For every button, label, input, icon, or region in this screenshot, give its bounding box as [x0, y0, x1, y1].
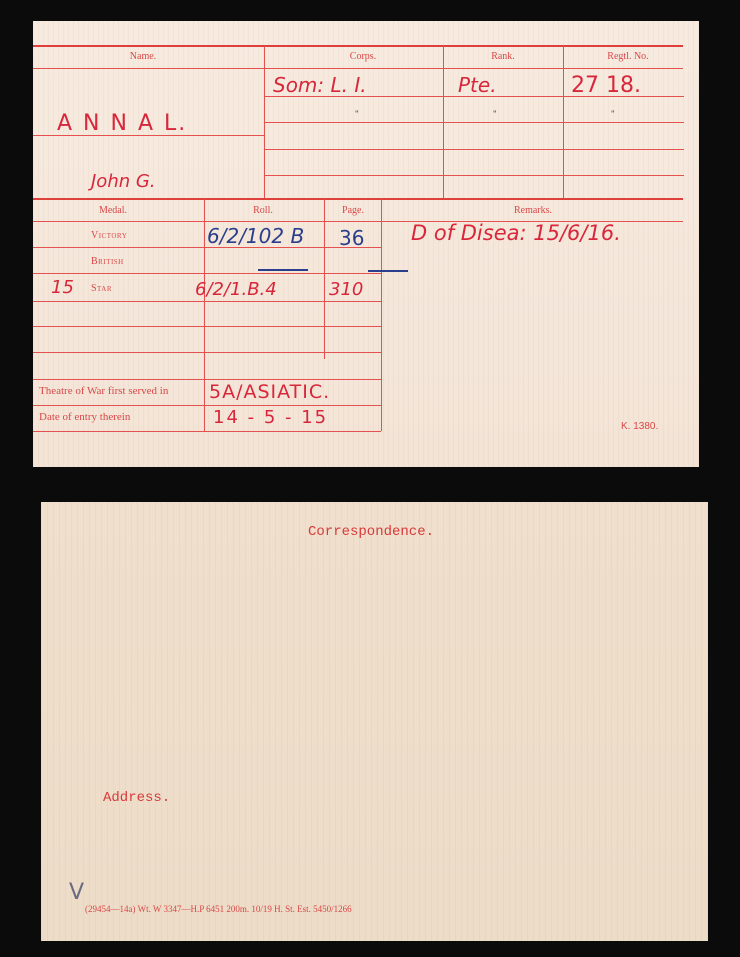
theatre-label: Theatre of War first served in [39, 385, 168, 397]
divider [33, 198, 683, 200]
theatre-value: 5A/ASIATIC. [209, 381, 330, 403]
remarks-value: D of Disea: 15/6/16. [411, 221, 621, 245]
roll-header: Roll. [233, 205, 293, 216]
ditto-mark: " [611, 109, 615, 119]
forenames: John G. [91, 171, 156, 192]
printer-line: (29454—14a) Wt. W 3347—H.P 6451 200m. 10… [85, 904, 352, 914]
initial-mark: V [69, 880, 84, 905]
surname: A N N A L. [57, 111, 187, 136]
divider [381, 199, 382, 431]
rank-value: Pte. [458, 73, 497, 97]
date-label: Date of entry therein [39, 411, 130, 423]
divider [33, 379, 381, 380]
regt-no-value: 27 18. [571, 73, 641, 98]
divider [33, 431, 381, 432]
divider [33, 301, 381, 302]
star-roll: 6/2/1.B.4 [195, 279, 277, 300]
divider [324, 199, 325, 359]
corps-header: Corps. [323, 51, 403, 62]
remarks-header: Remarks. [483, 205, 583, 216]
divider [33, 68, 683, 69]
ditto-mark: " [355, 109, 359, 119]
ditto-mark: " [493, 109, 497, 119]
regt-no-header: Regtl. No. [583, 51, 673, 62]
divider [33, 273, 381, 274]
medal-british: British [91, 256, 124, 267]
divider [264, 175, 684, 176]
british-dash [258, 269, 308, 271]
medal-star: Star [91, 283, 112, 294]
victory-page: 36 [339, 226, 364, 250]
address-label: Address. [103, 790, 170, 806]
medal-header: Medal. [73, 205, 153, 216]
divider [33, 405, 381, 406]
british-dash [368, 270, 408, 272]
divider [204, 199, 205, 431]
name-header: Name. [93, 51, 193, 62]
correspondence-title: Correspondence. [271, 524, 471, 540]
divider [264, 122, 684, 123]
divider [264, 149, 684, 150]
rank-header: Rank. [463, 51, 543, 62]
medal-index-card-back: Correspondence. Address. V (29454—14a) W… [41, 502, 708, 941]
star-page: 310 [329, 279, 363, 300]
medal-victory: Victory [91, 230, 127, 241]
divider [33, 45, 683, 47]
date-value: 14 - 5 - 15 [213, 407, 328, 428]
page-header: Page. [328, 205, 378, 216]
divider [33, 352, 381, 353]
form-number: K. 1380. [621, 421, 658, 432]
victory-roll: 6/2/102 B [207, 224, 304, 248]
corps-value: Som: L. I. [273, 73, 367, 97]
star-prefix: 15 [51, 277, 74, 298]
divider [33, 326, 381, 327]
medal-index-card-front: Name. Corps. Rank. Regtl. No. A N N A L.… [33, 21, 699, 467]
